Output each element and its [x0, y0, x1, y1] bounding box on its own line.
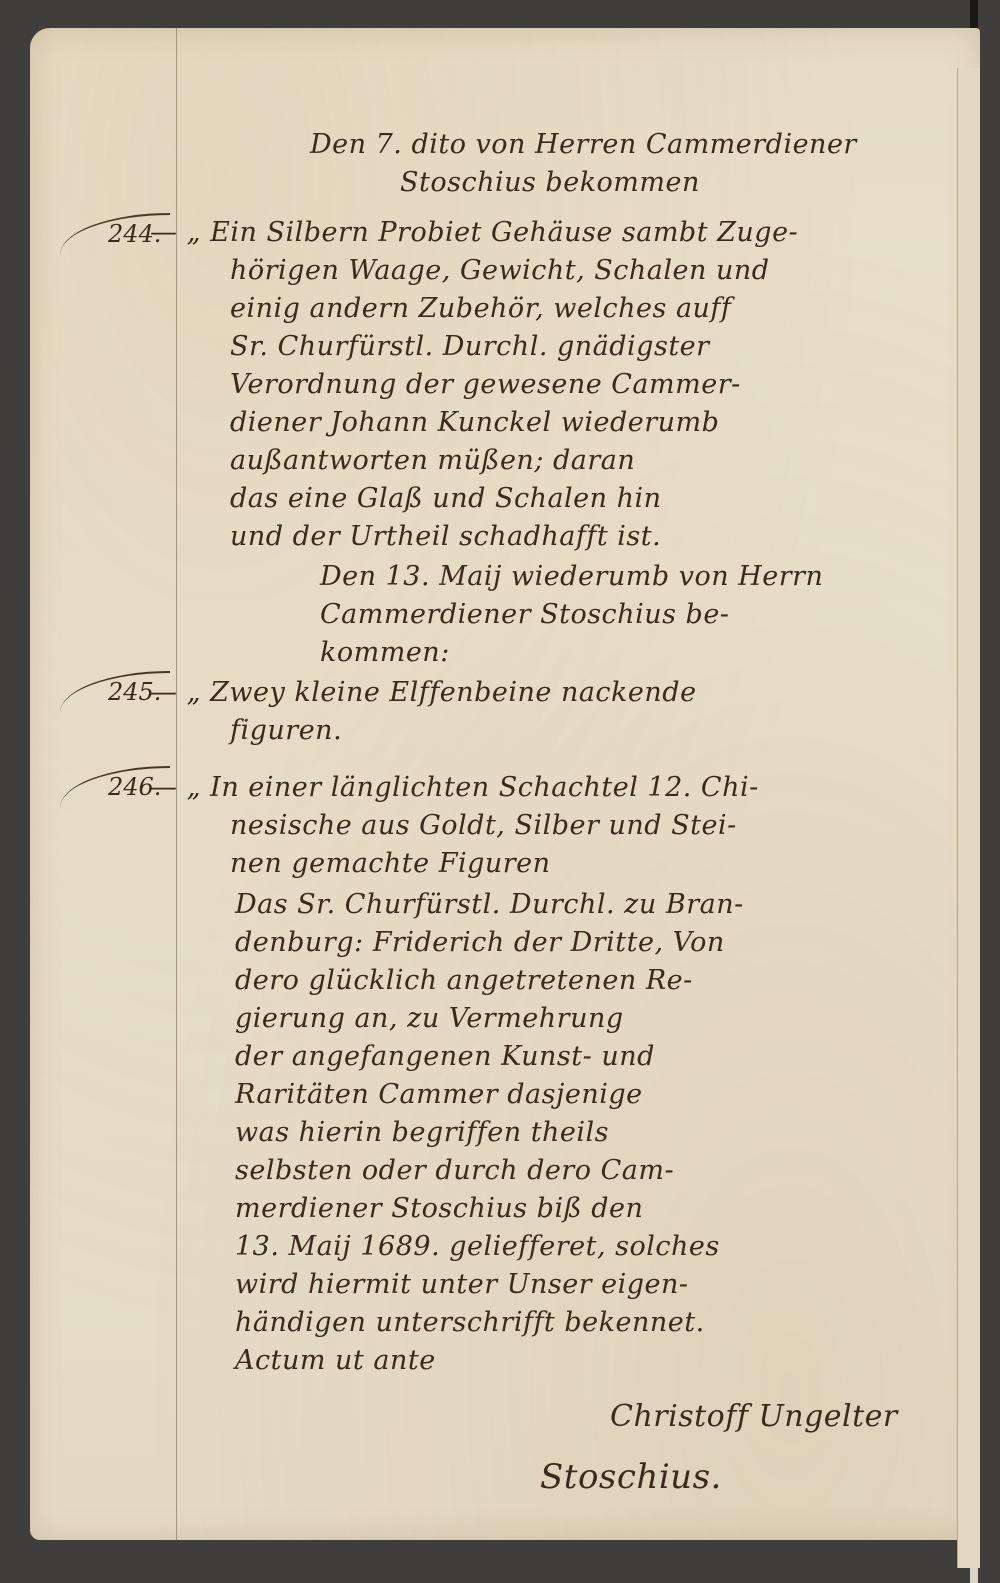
closing-line-11: wird hiermit unter Unser eigen-: [235, 1266, 744, 1304]
entry-245-line-1: — „ Zwey kleine Elffenbeine nackende: [150, 674, 697, 712]
entry-244-line-2: hörigen Waage, Gewicht, Schalen und: [150, 252, 798, 290]
closing-line-5: der angefangenen Kunst- und: [235, 1038, 744, 1076]
signature-stoschius: Stoschius.: [540, 1458, 722, 1496]
closing-line-2: denburg: Friderich der Dritte, Von: [235, 924, 744, 962]
manuscript-page: Den 7. dito von Herren Cammerdiener Stos…: [30, 28, 980, 1540]
header-block: Den 7. dito von Herren Cammerdiener Stos…: [310, 126, 857, 202]
entry-246-line-2: nesische aus Goldt, Silber und Stei-: [150, 807, 759, 845]
entry-244-line-9: und der Urtheil schadhafft ist.: [150, 518, 798, 556]
closing-line-9: merdiener Stoschius biß den: [235, 1190, 744, 1228]
closing-line-13: Actum ut ante: [235, 1342, 744, 1380]
entry-245-line-2: figuren.: [150, 712, 697, 750]
entry-246-text: — „ In einer länglichten Schachtel 12. C…: [150, 769, 759, 883]
closing-line-4: gierung an, zu Vermehrung: [235, 1000, 744, 1038]
closing-line-6: Raritäten Cammer dasjenige: [235, 1076, 744, 1114]
header-line-2: Stoschius bekommen: [310, 164, 857, 202]
signature-ungelter: Christoff Ungelter: [610, 1398, 898, 1436]
entry-244-line-3: einig andern Zubehör, welches auff: [150, 290, 798, 328]
section2-header-line-2: Cammerdiener Stoschius be-: [320, 596, 823, 634]
section2-header: Den 13. Maij wiederumb von Herrn Cammerd…: [320, 558, 823, 672]
entry-244-text: — „ Ein Silbern Probiet Gehäuse sambt Zu…: [150, 214, 798, 556]
entry-244-line-1: — „ Ein Silbern Probiet Gehäuse sambt Zu…: [150, 214, 798, 252]
entry-245-text: — „ Zwey kleine Elffenbeine nackende fig…: [150, 674, 697, 750]
closing-paragraph: Das Sr. Churfürstl. Durchl. zu Bran- den…: [235, 886, 744, 1380]
closing-line-7: was hierin begriffen theils: [235, 1114, 744, 1152]
section2-header-line-3: kommen:: [320, 634, 823, 672]
closing-line-12: händigen unterschrifft bekennet.: [235, 1304, 744, 1342]
entry-246-line-3: nen gemachte Figuren: [150, 845, 759, 883]
entry-244-line-4: Sr. Churfürstl. Durchl. gnädigster: [150, 328, 798, 366]
closing-line-10: 13. Maij 1689. geliefferet, solches: [235, 1228, 744, 1266]
entry-246-line-1: — „ In einer länglichten Schachtel 12. C…: [150, 769, 759, 807]
manuscript-scan: Den 7. dito von Herren Cammerdiener Stos…: [0, 0, 1000, 1583]
closing-line-1: Das Sr. Churfürstl. Durchl. zu Bran-: [235, 886, 744, 924]
entry-244-line-6: diener Johann Kunckel wiederumb: [150, 404, 798, 442]
entry-244-line-8: das eine Glaß und Schalen hin: [150, 480, 798, 518]
entry-244-line-7: außantworten müßen; daran: [150, 442, 798, 480]
closing-line-3: dero glücklich angetretenen Re-: [235, 962, 744, 1000]
entry-244-line-5: Verordnung der gewesene Cammer-: [150, 366, 798, 404]
adjacent-page-edge: [957, 68, 980, 1568]
header-line-1: Den 7. dito von Herren Cammerdiener: [310, 126, 857, 164]
section2-header-line-1: Den 13. Maij wiederumb von Herrn: [320, 558, 823, 596]
closing-line-8: selbsten oder durch dero Cam-: [235, 1152, 744, 1190]
